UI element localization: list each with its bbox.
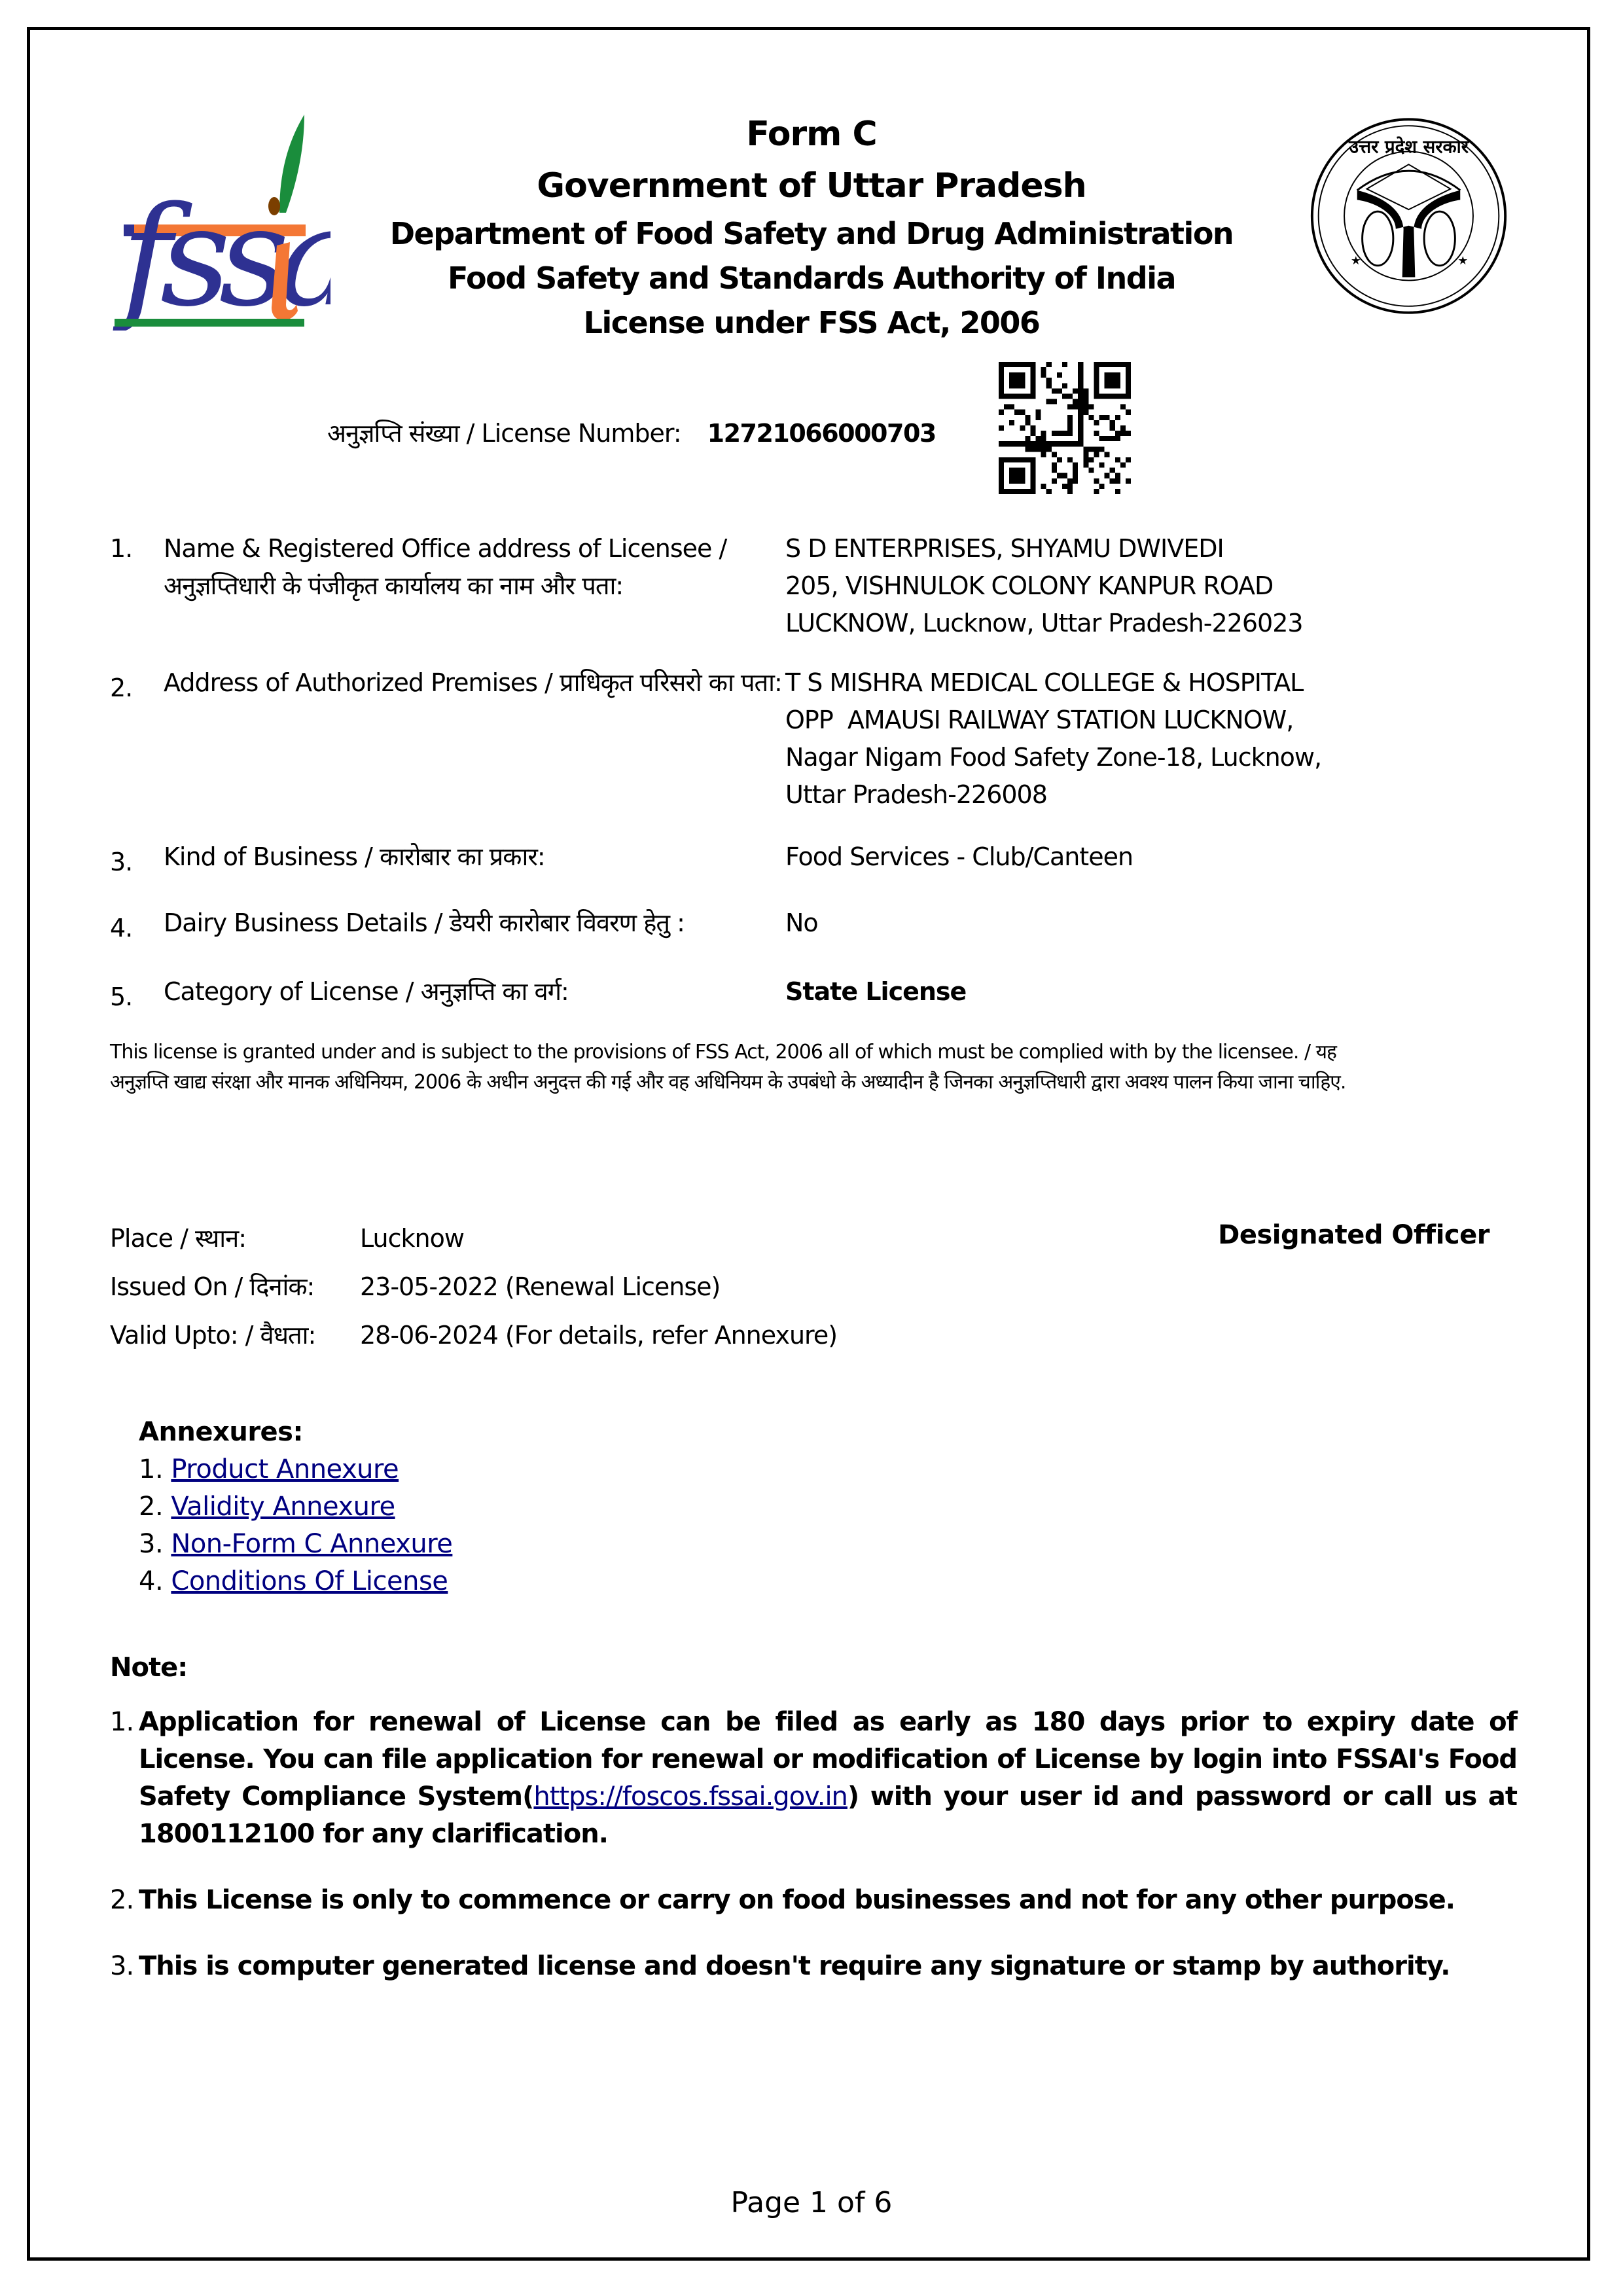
- annexure-item: 3. Non-Form C Annexure: [139, 1526, 452, 1563]
- valid-row: Valid Upto: / वैधता:28-06-2024 (For deta…: [110, 1317, 837, 1354]
- license-number-value: 12721066000703: [707, 419, 936, 448]
- issued-label: Issued On / दिनांक:: [110, 1268, 360, 1306]
- detail-value-line: 205, VISHNULOK COLONY KANPUR ROAD: [785, 567, 1440, 605]
- detail-number: 4.: [110, 910, 156, 947]
- annexure-number: 3.: [139, 1529, 163, 1559]
- detail-value: Food Services - Club/Canteen: [785, 838, 1440, 876]
- annexure-number: 2.: [139, 1492, 163, 1522]
- act-title: License under FSS Act, 2006: [366, 300, 1257, 345]
- form-title: Form C: [366, 108, 1257, 160]
- svg-text:उत्तर प्रदेश सरकार: उत्तर प्रदेश सरकार: [1348, 136, 1470, 158]
- annexure-link-non-form-c-annexure[interactable]: Non-Form C Annexure: [171, 1529, 452, 1559]
- note-text: This is computer generated license and d…: [139, 1951, 1450, 1981]
- annexure-link-product-annexure[interactable]: Product Annexure: [171, 1454, 399, 1484]
- detail-number: 3.: [110, 844, 156, 881]
- annexure-item: 2. Validity Annexure: [139, 1488, 452, 1526]
- place-row: Place / स्थान:Lucknow: [110, 1220, 464, 1257]
- foscos-link[interactable]: https://foscos.fssai.gov.in: [533, 1782, 847, 1812]
- designated-officer: Designated Officer: [1218, 1220, 1489, 1250]
- note-text: This License is only to commence or carr…: [139, 1885, 1455, 1915]
- annexure-number: 1.: [139, 1454, 163, 1484]
- detail-value-line: S D ENTERPRISES, SHYAMU DWIVEDI: [785, 530, 1440, 567]
- note-item: 2.This License is only to commence or ca…: [110, 1882, 1517, 1919]
- government-title: Government of Uttar Pradesh: [366, 160, 1257, 211]
- issued-value: 23-05-2022 (Renewal License): [360, 1272, 720, 1301]
- detail-value: T S MISHRA MEDICAL COLLEGE & HOSPITALOPP…: [785, 664, 1440, 814]
- department-title: Department of Food Safety and Drug Admin…: [366, 211, 1257, 256]
- detail-value-line: No: [785, 905, 1440, 942]
- detail-value-line: Nagar Nigam Food Safety Zone-18, Lucknow…: [785, 739, 1440, 776]
- detail-label: Address of Authorized Premises / प्राधिक…: [164, 664, 831, 702]
- detail-value-line: Food Services - Club/Canteen: [785, 838, 1440, 876]
- note-number: 3.: [110, 1948, 134, 1985]
- annexure-link-validity-annexure[interactable]: Validity Annexure: [171, 1492, 395, 1522]
- page-indicator: Page 1 of 6: [0, 2186, 1623, 2219]
- annexures-title: Annexures:: [139, 1414, 452, 1451]
- fssai-logo: fssa: [108, 108, 330, 331]
- annexure-item: 1. Product Annexure: [139, 1451, 452, 1488]
- detail-value-line: OPP AMAUSI RAILWAY STATION LUCKNOW,: [785, 702, 1440, 739]
- license-disclaimer: This license is granted under and is sub…: [110, 1037, 1393, 1098]
- detail-label: Dairy Business Details / डेयरी कारोबार व…: [164, 905, 831, 942]
- annexure-number: 4.: [139, 1566, 163, 1596]
- detail-value-line: State License: [785, 973, 1440, 1011]
- issued-row: Issued On / दिनांक:23-05-2022 (Renewal L…: [110, 1268, 720, 1306]
- annexure-link-conditions-of-license[interactable]: Conditions Of License: [171, 1566, 448, 1596]
- license-number-label: अनुज्ञप्ति संख्या / License Number:: [327, 416, 681, 450]
- note-number: 1.: [110, 1704, 134, 1741]
- qr-code-icon[interactable]: [999, 362, 1131, 494]
- detail-label: Kind of Business / कारोबार का प्रकार:: [164, 838, 831, 876]
- note-number: 2.: [110, 1882, 134, 1919]
- document-header: Form C Government of Uttar Pradesh Depar…: [366, 108, 1257, 345]
- license-number-line: अनुज्ञप्ति संख्या / License Number:12721…: [327, 416, 936, 450]
- detail-value-line: T S MISHRA MEDICAL COLLEGE & HOSPITAL: [785, 664, 1440, 702]
- detail-value: S D ENTERPRISES, SHYAMU DWIVEDI205, VISH…: [785, 530, 1440, 642]
- svg-text:fssa: fssa: [113, 177, 330, 331]
- svg-text:★: ★: [1351, 255, 1361, 268]
- notes-list: 1.Application for renewal of License can…: [110, 1704, 1517, 2014]
- annexure-item: 4. Conditions Of License: [139, 1563, 452, 1600]
- detail-value-line: LUCKNOW, Lucknow, Uttar Pradesh-226023: [785, 605, 1440, 642]
- svg-text:★: ★: [1457, 255, 1468, 268]
- detail-number: 5.: [110, 978, 156, 1016]
- place-label: Place / स्थान:: [110, 1220, 360, 1257]
- detail-number: 1.: [110, 530, 156, 567]
- authority-title: Food Safety and Standards Authority of I…: [366, 256, 1257, 300]
- detail-value-line: Uttar Pradesh-226008: [785, 776, 1440, 814]
- detail-number: 2.: [110, 670, 156, 707]
- valid-value: 28-06-2024 (For details, refer Annexure): [360, 1321, 837, 1350]
- note-title: Note:: [110, 1653, 187, 1683]
- valid-label: Valid Upto: / वैधता:: [110, 1317, 360, 1354]
- annexures-section: Annexures: 1. Product Annexure2. Validit…: [139, 1414, 452, 1600]
- place-value: Lucknow: [360, 1224, 464, 1253]
- detail-label: Name & Registered Office address of Lice…: [164, 530, 831, 605]
- detail-label: Category of License / अनुज्ञप्ति का वर्ग…: [164, 973, 831, 1011]
- note-item: 3.This is computer generated license and…: [110, 1948, 1517, 1985]
- detail-value: State License: [785, 973, 1440, 1011]
- detail-value: No: [785, 905, 1440, 942]
- note-item: 1.Application for renewal of License can…: [110, 1704, 1517, 1853]
- up-government-emblem: ★ ★ उत्तर प्रदेश सरकार: [1306, 111, 1512, 321]
